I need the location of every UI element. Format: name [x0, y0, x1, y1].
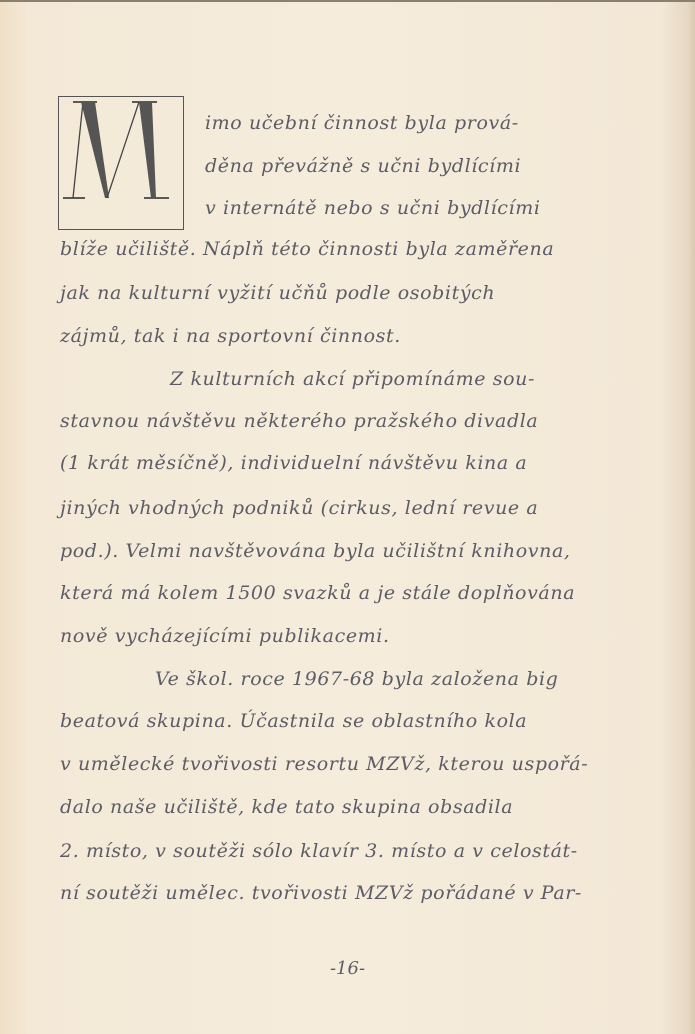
text-line: Z kulturních akcí připomínáme sou-: [170, 368, 535, 390]
text-line: stavnou návštěvu některého pražského div…: [60, 410, 538, 432]
text-line: jiných vhodných podniků (cirkus, lední r…: [60, 497, 538, 519]
text-line: 2. místo, v soutěži sólo klavír 3. místo…: [60, 840, 578, 862]
text-line: nově vycházejícími publikacemi.: [60, 625, 390, 647]
text-line: blíže učiliště. Náplň této činnosti byla…: [60, 238, 554, 260]
dropcap-letter-m-icon: [59, 97, 185, 231]
text-line: v internátě nebo s učni bydlícími: [205, 197, 541, 219]
text-line: Ve škol. roce 1967-68 byla založena big: [155, 668, 558, 690]
text-line: pod.). Velmi navštěvována byla učilištní…: [60, 540, 571, 562]
text-line: v umělecké tvořivosti resortu MZVž, kter…: [60, 753, 588, 775]
text-line: zájmů, tak i na sportovní činnost.: [60, 325, 401, 347]
text-line: ní soutěži umělec. tvořivosti MZVž pořád…: [60, 882, 582, 904]
dropcap-box: M: [58, 96, 184, 230]
text-line: (1 krát měsíčně), individuelní návštěvu …: [60, 452, 527, 474]
page-number: -16-: [0, 958, 695, 979]
text-line: beatová skupina. Účastnila se oblastního…: [60, 710, 527, 732]
handwritten-page: M imo učební činnost byla prová-děna pře…: [0, 0, 695, 1034]
text-line: která má kolem 1500 svazků a je stále do…: [60, 582, 575, 604]
text-line: imo učební činnost byla prová-: [205, 112, 519, 134]
text-line: jak na kulturní vyžití učňů podle osobit…: [60, 282, 495, 304]
text-line: dalo naše učiliště, kde tato skupina obs…: [60, 796, 513, 818]
text-line: děna převážně s učni bydlícími: [205, 155, 521, 177]
